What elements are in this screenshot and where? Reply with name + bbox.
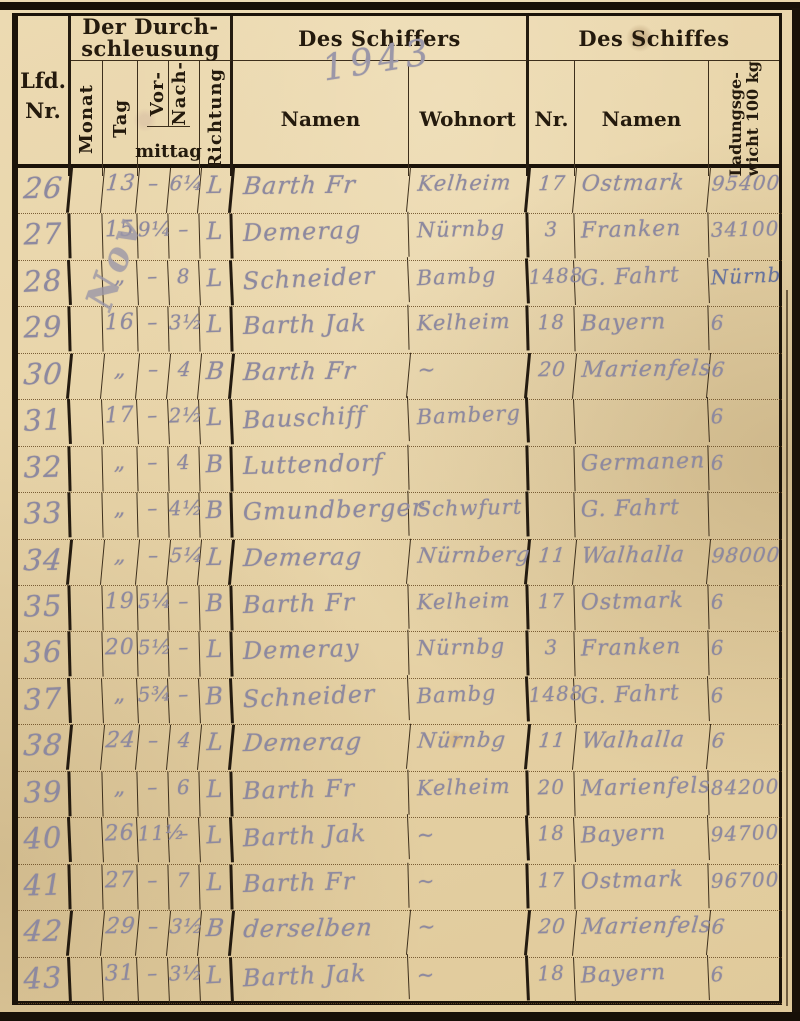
table-row: 29 16 – 3½ L Barth Jak Kelheim 18 Bayern… (18, 307, 782, 353)
header-group-durchschleusung: Der Durch- schleusung (71, 16, 233, 61)
cell-schiffer-name: Schneider (232, 257, 410, 310)
cell-wohnort: Bambg (408, 676, 530, 727)
header-ladungsgewicht: Ladungsge- wicht 100 kg (709, 61, 779, 176)
cell-ladungsgewicht: 94700 (708, 817, 783, 866)
cell-lfd-nr: 43 (17, 956, 72, 1004)
cell-schiff-name: Germanen (574, 445, 709, 494)
cell-tag: „ (102, 446, 138, 492)
cell-lfd-nr: 28 (17, 260, 72, 308)
cell-schiffer-name: Demerag (231, 538, 411, 586)
header-monat: Monat (71, 61, 103, 176)
cell-schiff-nr: 18 (528, 957, 576, 1004)
cell-nachmittag: 4 (168, 446, 200, 492)
cell-monat (70, 446, 103, 492)
cell-schiffer-name: Barth Jak (232, 814, 410, 867)
schiff-namen-label: Namen (602, 107, 682, 131)
header-group-schiffes: Des Schiffes (529, 16, 779, 61)
cell-schiff-name: Marienfels (573, 910, 711, 957)
cell-vormittag: – (137, 446, 169, 492)
table-row: 36 20 5½ – L Demeray Nürnbg 3 Franken 6 (18, 632, 782, 678)
cell-vormittag: – (136, 354, 171, 400)
cell-schiff-nr: 3 (528, 632, 575, 679)
cell-schiff-nr: 18 (528, 817, 576, 864)
cell-vormittag: 11½ (137, 818, 170, 865)
cell-tag: 19 (102, 586, 138, 632)
cell-ladungsgewicht (708, 492, 782, 539)
cell-monat (70, 586, 103, 632)
cell-monat (70, 818, 104, 865)
cell-nachmittag: – (168, 632, 200, 678)
cell-richtung: B (199, 493, 233, 539)
cell-nachmittag: 4 (167, 725, 202, 771)
cell-ladungsgewicht: 6 (708, 677, 783, 726)
cell-schiffer-name: Barth Fr (232, 769, 409, 819)
cell-richtung: L (198, 725, 235, 771)
cell-tag: 16 (102, 307, 138, 353)
schiffer-namen-label: Namen (281, 107, 361, 131)
cell-wohnort: Schwfurt (408, 492, 529, 541)
durchschleusung-line1: Der Durch- (82, 16, 218, 38)
cell-vormittag: – (137, 771, 169, 817)
cell-schiff-nr: 18 (528, 307, 575, 354)
nach-label: Nach- (169, 61, 190, 126)
cell-wohnort: ∼ (408, 816, 530, 867)
cell-richtung: B (198, 911, 235, 957)
table-row: 41 27 – 7 L Barth Fr ∼ 17 Ostmark 96700 (18, 865, 782, 911)
cell-wohnort: Nürnbg (408, 631, 529, 680)
cell-ladungsgewicht: 96700 (708, 864, 782, 911)
cell-tag: „ (102, 493, 138, 539)
cell-lfd-nr: 41 (17, 864, 71, 911)
cell-nachmittag: 3½ (167, 911, 202, 957)
cell-schiff-nr: 17 (527, 168, 577, 214)
cell-richtung: L (199, 632, 233, 678)
cell-nachmittag: 7 (168, 864, 200, 910)
cell-monat (70, 771, 103, 817)
cell-schiff-name: Marienfels (573, 353, 711, 400)
cell-schiffer-name: Barth Fr (232, 584, 409, 634)
header-lfd-line1: Lfd. (20, 66, 66, 96)
cell-schiffer-name: Demerag (232, 212, 409, 262)
cell-monat (69, 354, 105, 400)
cell-schiff-nr: 17 (528, 585, 575, 632)
cell-lfd-nr: 26 (16, 168, 73, 214)
cell-monat (69, 911, 105, 957)
cell-richtung: L (199, 307, 233, 353)
cell-schiff-name: Marienfels (574, 770, 709, 819)
table-row: 40 26 11½ – L Barth Jak ∼ 18 Bayern 9470… (18, 818, 782, 864)
cell-schiff-name: Bayern (574, 815, 710, 866)
cell-lfd-nr: 40 (17, 817, 72, 865)
cell-schiffer-name: Barth Fr (231, 167, 411, 215)
cell-tag: „ (101, 539, 140, 585)
cell-vormittag: – (136, 911, 171, 957)
cell-nachmittag: 8 (168, 260, 201, 307)
cell-nachmittag: 3½ (168, 957, 201, 1004)
cell-schiffer-name: Gmundberger (232, 491, 409, 541)
cell-monat (70, 864, 103, 910)
cell-vormittag: – (137, 493, 169, 539)
header-vormittag-nachmittag: Vor- Nach- mittag (138, 61, 200, 176)
cell-schiff-name: G. Fahrt (574, 258, 710, 309)
cell-richtung: L (199, 214, 233, 260)
scan-top-edge (0, 2, 800, 10)
ladungsgewicht-label: Ladungsge- wicht 100 kg (727, 61, 761, 176)
cell-richtung: B (199, 678, 234, 725)
cell-tag: 13 (101, 168, 140, 214)
cell-richtung: B (198, 354, 235, 400)
cell-vormittag: – (136, 168, 171, 214)
cell-lfd-nr: 36 (17, 632, 71, 679)
cell-schiff-name: Walhalla (573, 724, 711, 771)
cell-schiff-nr: 1488 (528, 260, 576, 307)
cell-vormittag: – (137, 957, 170, 1004)
table-row: 30 „ – 4 B Barth Fr ∼ 20 Marienfels 6 (18, 354, 782, 400)
cell-nachmittag: – (168, 678, 201, 725)
cell-schiffer-name: Schneider (232, 675, 410, 728)
cell-vormittag: – (136, 725, 171, 771)
cell-wohnort: Bamberg (408, 398, 530, 449)
cell-schiff-name: Franken (574, 631, 709, 680)
cell-schiff-name (574, 397, 710, 448)
cell-tag: „ (102, 771, 138, 817)
cell-ladungsgewicht: 98000 (707, 539, 784, 586)
cell-lfd-nr: 42 (16, 911, 73, 957)
cell-ladungsgewicht: 6 (707, 353, 784, 400)
cell-schiff-name: Franken (574, 213, 709, 262)
scan-right-edge (792, 8, 800, 1021)
table-row: 26 13 – 6¼ L Barth Fr Kelheim 17 Ostmark… (18, 168, 782, 214)
table-row: 43 31 – 3½ L Barth Jak ∼ 18 Bayern 6 (18, 958, 782, 1004)
cell-richtung: B (199, 446, 233, 492)
cell-monat (70, 307, 103, 353)
cell-wohnort: Kelheim (408, 584, 529, 633)
cell-nachmittag: 5¼ (167, 539, 202, 585)
cell-schiffer-name: Bauschiff (232, 396, 410, 449)
cell-wohnort: Nürnbg (408, 213, 529, 262)
header-lfd-line2: Nr. (25, 96, 61, 126)
table-row: 39 „ – 6 L Barth Fr Kelheim 20 Marienfel… (18, 772, 782, 818)
cell-richtung: L (198, 168, 235, 214)
cell-wohnort: Kelheim (408, 770, 529, 819)
table-row: 37 „ 5¾ – B Schneider Bambg 1488 G. Fahr… (18, 679, 782, 725)
page-crease-line (786, 290, 788, 1006)
cell-nachmittag: – (168, 586, 200, 632)
cell-wohnort: ∼ (408, 955, 530, 1006)
cell-schiff-name: G. Fahrt (574, 676, 710, 727)
cell-richtung: L (198, 539, 235, 585)
cell-vormittag: 5½ (137, 632, 169, 678)
cell-monat (70, 678, 104, 725)
cell-vormittag: – (136, 539, 171, 585)
cell-schiffer-name: Barth Fr (232, 862, 409, 912)
cell-ladungsgewicht: 6 (708, 631, 782, 678)
cell-lfd-nr: 27 (17, 214, 71, 261)
cell-ladungsgewicht: 6 (708, 956, 783, 1005)
cell-ladungsgewicht: 6 (708, 585, 782, 632)
table-body: 26 13 – 6¼ L Barth Fr Kelheim 17 Ostmark… (18, 168, 779, 1004)
cell-nachmittag: 3½ (168, 307, 200, 353)
cell-ladungsgewicht: 6 (708, 306, 782, 353)
cell-lfd-nr: 38 (16, 725, 73, 771)
cell-lfd-nr: 33 (17, 492, 71, 539)
cell-vormittag: – (137, 260, 170, 307)
table-row: 31 17 – 2½ L Bauschiff Bamberg 6 (18, 400, 782, 446)
cell-vormittag: – (137, 864, 169, 910)
table-row: 34 „ – 5¼ L Demerag Nürnberg 11 Walhalla… (18, 540, 782, 586)
cell-monat (70, 493, 103, 539)
cell-ladungsgewicht: 6 (707, 725, 784, 772)
cell-ladungsgewicht: 6 (708, 399, 783, 448)
schiffes-title: Des Schiffes (578, 26, 729, 51)
cell-lfd-nr: 34 (16, 539, 73, 585)
cell-schiffer-name: Barth Jak (232, 305, 409, 355)
cell-nachmittag: 6 (168, 771, 200, 817)
header-schiff-nr: Nr. (529, 61, 575, 176)
cell-schiff-nr (528, 399, 576, 446)
cell-schiffer-name: Luttendorf (232, 444, 409, 494)
cell-lfd-nr: 31 (17, 399, 72, 447)
header-schiff-namen: Namen (575, 61, 709, 176)
cell-schiff-name: Ostmark (574, 584, 709, 633)
cell-wohnort: Kelheim (408, 306, 529, 355)
cell-schiff-name: Bayern (574, 306, 709, 355)
cell-schiff-nr: 1488 (528, 678, 576, 725)
mittag-label: mittag (135, 141, 202, 162)
cell-richtung: L (199, 957, 234, 1004)
cell-wohnort: Nürnbg (407, 724, 531, 771)
cell-schiff-nr: 20 (528, 771, 575, 818)
cell-schiffer-name: Barth Fr (231, 353, 411, 401)
cell-vormittag: 5¼ (137, 586, 169, 632)
cell-richtung: L (199, 864, 233, 910)
cell-lfd-nr: 29 (17, 307, 71, 354)
cell-tag: 17 (102, 399, 139, 446)
table-row: 33 „ – 4½ B Gmundberger Schwfurt G. Fahr… (18, 493, 782, 539)
cell-schiff-name: Bayern (574, 955, 710, 1006)
cell-schiff-name: G. Fahrt (574, 491, 709, 540)
cell-richtung: L (199, 771, 233, 817)
cell-tag: „ (101, 353, 140, 399)
cell-ladungsgewicht: 34100 (708, 213, 782, 260)
cell-schiffer-name: Demerag (231, 724, 411, 772)
cell-richtung: L (199, 818, 234, 865)
cell-schiff-name: Ostmark (573, 167, 711, 214)
cell-wohnort: Nürnberg (407, 539, 531, 586)
cell-schiff-nr: 11 (527, 725, 577, 771)
cell-schiff-nr: 3 (528, 214, 575, 261)
cell-tag: „ (102, 678, 139, 725)
cell-tag: 29 (101, 911, 140, 957)
cell-tag: 24 (101, 725, 140, 771)
richtung-label: Richtung (205, 68, 226, 169)
schiff-nr-label: Nr. (535, 107, 569, 131)
header-nach: Nach- (169, 61, 190, 127)
cell-nachmittag: – (168, 818, 201, 865)
cell-lfd-nr: 37 (17, 678, 72, 726)
cell-lfd-nr: 39 (17, 771, 71, 818)
cell-ladungsgewicht: 95400 (707, 167, 784, 214)
cell-schiff-nr: 17 (528, 864, 575, 911)
cell-schiff-nr (528, 446, 575, 493)
cell-vormittag: 5¾ (137, 678, 170, 725)
wohnort-label: Wohnort (419, 107, 515, 131)
cell-schiff-nr: 20 (527, 911, 577, 957)
scan-bottom-edge (0, 1012, 800, 1021)
cell-lfd-nr: 35 (17, 585, 71, 632)
cell-monat (69, 725, 105, 771)
cell-lfd-nr: 30 (16, 353, 73, 399)
header-vor: Vor- (147, 61, 169, 127)
durchschleusung-line2: schleusung (81, 38, 220, 60)
cell-schiffer-name: Barth Jak (232, 954, 410, 1007)
cell-tag: 31 (102, 957, 139, 1004)
table-row: 38 24 – 4 L Demerag Nürnbg 11 Walhalla 6 (18, 725, 782, 771)
cell-schiffer-name: Demeray (232, 630, 409, 680)
cell-monat (70, 400, 104, 447)
cell-wohnort: ∼ (408, 863, 529, 912)
table-row: 42 29 – 3½ B derselben ∼ 20 Marienfels 6 (18, 911, 782, 957)
header-lfd-nr: Lfd. Nr. (18, 16, 71, 176)
cell-wohnort: ∼ (407, 910, 531, 957)
cell-monat (69, 539, 105, 585)
table-row: 35 19 5¼ – B Barth Fr Kelheim 17 Ostmark… (18, 586, 782, 632)
header-richtung: Richtung (200, 61, 233, 176)
cell-richtung: L (199, 260, 234, 307)
cell-nachmittag: 4½ (168, 493, 200, 539)
header-wohnort: Wohnort (409, 61, 529, 176)
cell-ladungsgewicht: 6 (707, 911, 784, 958)
header-tag: Tag (103, 61, 138, 176)
cell-monat (70, 957, 104, 1004)
cell-ladungsgewicht: 6 (708, 446, 782, 493)
cell-tag: 27 (102, 864, 138, 910)
cell-vormittag: – (137, 400, 170, 447)
vor-label: Vor- (147, 71, 168, 116)
ladungsgewicht-line2: wicht 100 kg (743, 61, 762, 176)
cell-tag: 20 (102, 632, 138, 678)
cell-schiff-nr: 20 (527, 353, 577, 399)
cell-nachmittag: 2½ (168, 400, 201, 447)
cell-nachmittag: – (168, 214, 200, 260)
cell-tag: 26 (102, 817, 139, 864)
cell-schiffer-name: derselben (231, 910, 411, 958)
cell-ladungsgewicht: Nürnb (708, 259, 783, 308)
cell-monat (70, 632, 103, 678)
cell-wohnort: ∼ (407, 353, 531, 400)
cell-schiff-nr: 11 (527, 539, 577, 585)
cell-wohnort: Bambg (408, 258, 530, 309)
cell-richtung: B (199, 586, 233, 632)
register-table: Lfd. Nr. Der Durch- schleusung Des Schif… (12, 13, 782, 1005)
cell-ladungsgewicht: 84200 (708, 771, 782, 818)
cell-wohnort (408, 445, 529, 494)
cell-schiff-nr (528, 493, 575, 540)
cell-vormittag: – (137, 307, 169, 353)
cell-monat (69, 168, 105, 214)
cell-nachmittag: 4 (167, 354, 202, 400)
cell-schiff-name: Ostmark (574, 863, 709, 912)
monat-label: Monat (76, 84, 97, 154)
table-row: 32 „ – 4 B Luttendorf Germanen 6 (18, 447, 782, 493)
cell-wohnort: Kelheim (407, 167, 531, 214)
cell-nachmittag: 6¼ (167, 168, 202, 214)
cell-lfd-nr: 32 (17, 446, 71, 493)
cell-richtung: L (199, 400, 234, 447)
cell-schiff-name: Walhalla (573, 539, 711, 586)
tag-label: Tag (110, 99, 131, 138)
